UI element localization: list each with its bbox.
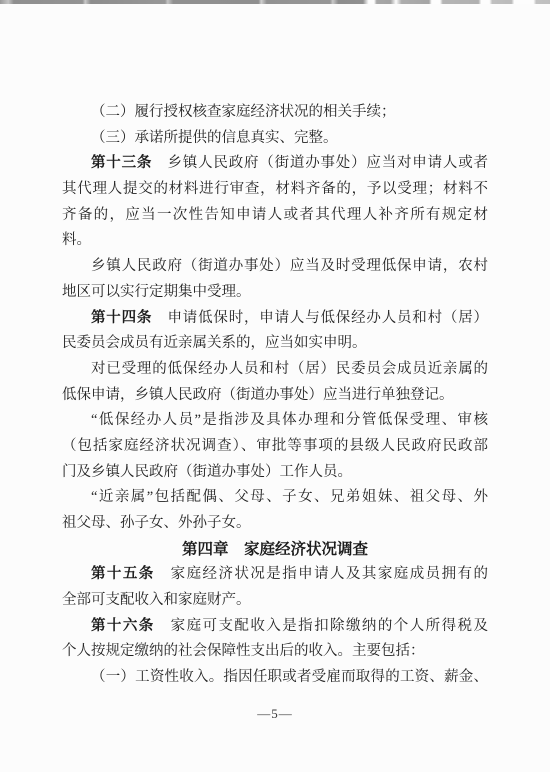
text-line: 全部可支配收入和家庭财产。 bbox=[62, 588, 488, 614]
text-line: 第十三条 乡镇人民政府（街道办事处）应当对申请人或者 bbox=[62, 151, 488, 177]
text-line: （包括家庭经济状况调查）、审批等事项的县级人民政府民政部 bbox=[62, 434, 488, 460]
text-line: 民委员会成员有近亲属关系的，应当如实申明。 bbox=[62, 331, 488, 357]
text-line: 对已受理的低保经办人员和村（居）民委员会成员近亲属的 bbox=[62, 357, 488, 383]
text-line: 祖父母、孙子女、外孙子女。 bbox=[62, 511, 488, 537]
text-line: 个人按规定缴纳的社会保障性支出后的收入。主要包括： bbox=[62, 639, 488, 665]
text-line: 第十四条 申请低保时，申请人与低保经办人员和村（居） bbox=[62, 306, 488, 332]
text-line: “低保经办人员”是指涉及具体办理和分管低保受理、审核 bbox=[62, 408, 488, 434]
article-number: 第十五条 bbox=[91, 566, 155, 582]
text-line: 低保申请，乡镇人民政府（街道办事处）应当进行单独登记。 bbox=[62, 383, 488, 409]
article-number: 第十四条 bbox=[91, 310, 152, 326]
text-line: 地区可以实行定期集中受理。 bbox=[62, 280, 488, 306]
scanned-document-page: { "colors": { "paper": "#fcfcfc", "ink":… bbox=[0, 0, 550, 772]
page-number: —5— bbox=[0, 703, 550, 725]
text-line: 第十六条 家庭可支配收入是指扣除缴纳的个人所得税及 bbox=[62, 614, 488, 640]
text-line: （三）承诺所提供的信息真实、完整。 bbox=[62, 126, 488, 152]
document-lines: （二）履行授权核查家庭经济状况的相关手续；（三）承诺所提供的信息真实、完整。第十… bbox=[62, 100, 488, 691]
text-line: （二）履行授权核查家庭经济状况的相关手续； bbox=[62, 100, 488, 126]
text-line: 其代理人提交的材料进行审查，材料齐备的，予以受理；材料不 bbox=[62, 177, 488, 203]
scan-artifact-top bbox=[0, 0, 550, 4]
text-line: （一）工资性收入。指因任职或者受雇而取得的工资、薪金、 bbox=[62, 665, 488, 691]
text-line: “近亲属”包括配偶、父母、子女、兄弟姐妹、祖父母、外 bbox=[62, 485, 488, 511]
article-number: 第十三条 bbox=[91, 155, 152, 171]
article-number: 第十六条 bbox=[91, 618, 155, 634]
chapter-heading: 第四章 家庭经济状况调查 bbox=[62, 537, 488, 563]
text-line: 第十五条 家庭经济状况是指申请人及其家庭成员拥有的 bbox=[62, 562, 488, 588]
text-line: 齐备的，应当一次性告知申请人或者其代理人补齐所有规定材 bbox=[62, 203, 488, 229]
text-line: 门及乡镇人民政府（街道办事处）工作人员。 bbox=[62, 460, 488, 486]
text-line: 料。 bbox=[62, 228, 488, 254]
text-line: 乡镇人民政府（街道办事处）应当及时受理低保申请，农村 bbox=[62, 254, 488, 280]
